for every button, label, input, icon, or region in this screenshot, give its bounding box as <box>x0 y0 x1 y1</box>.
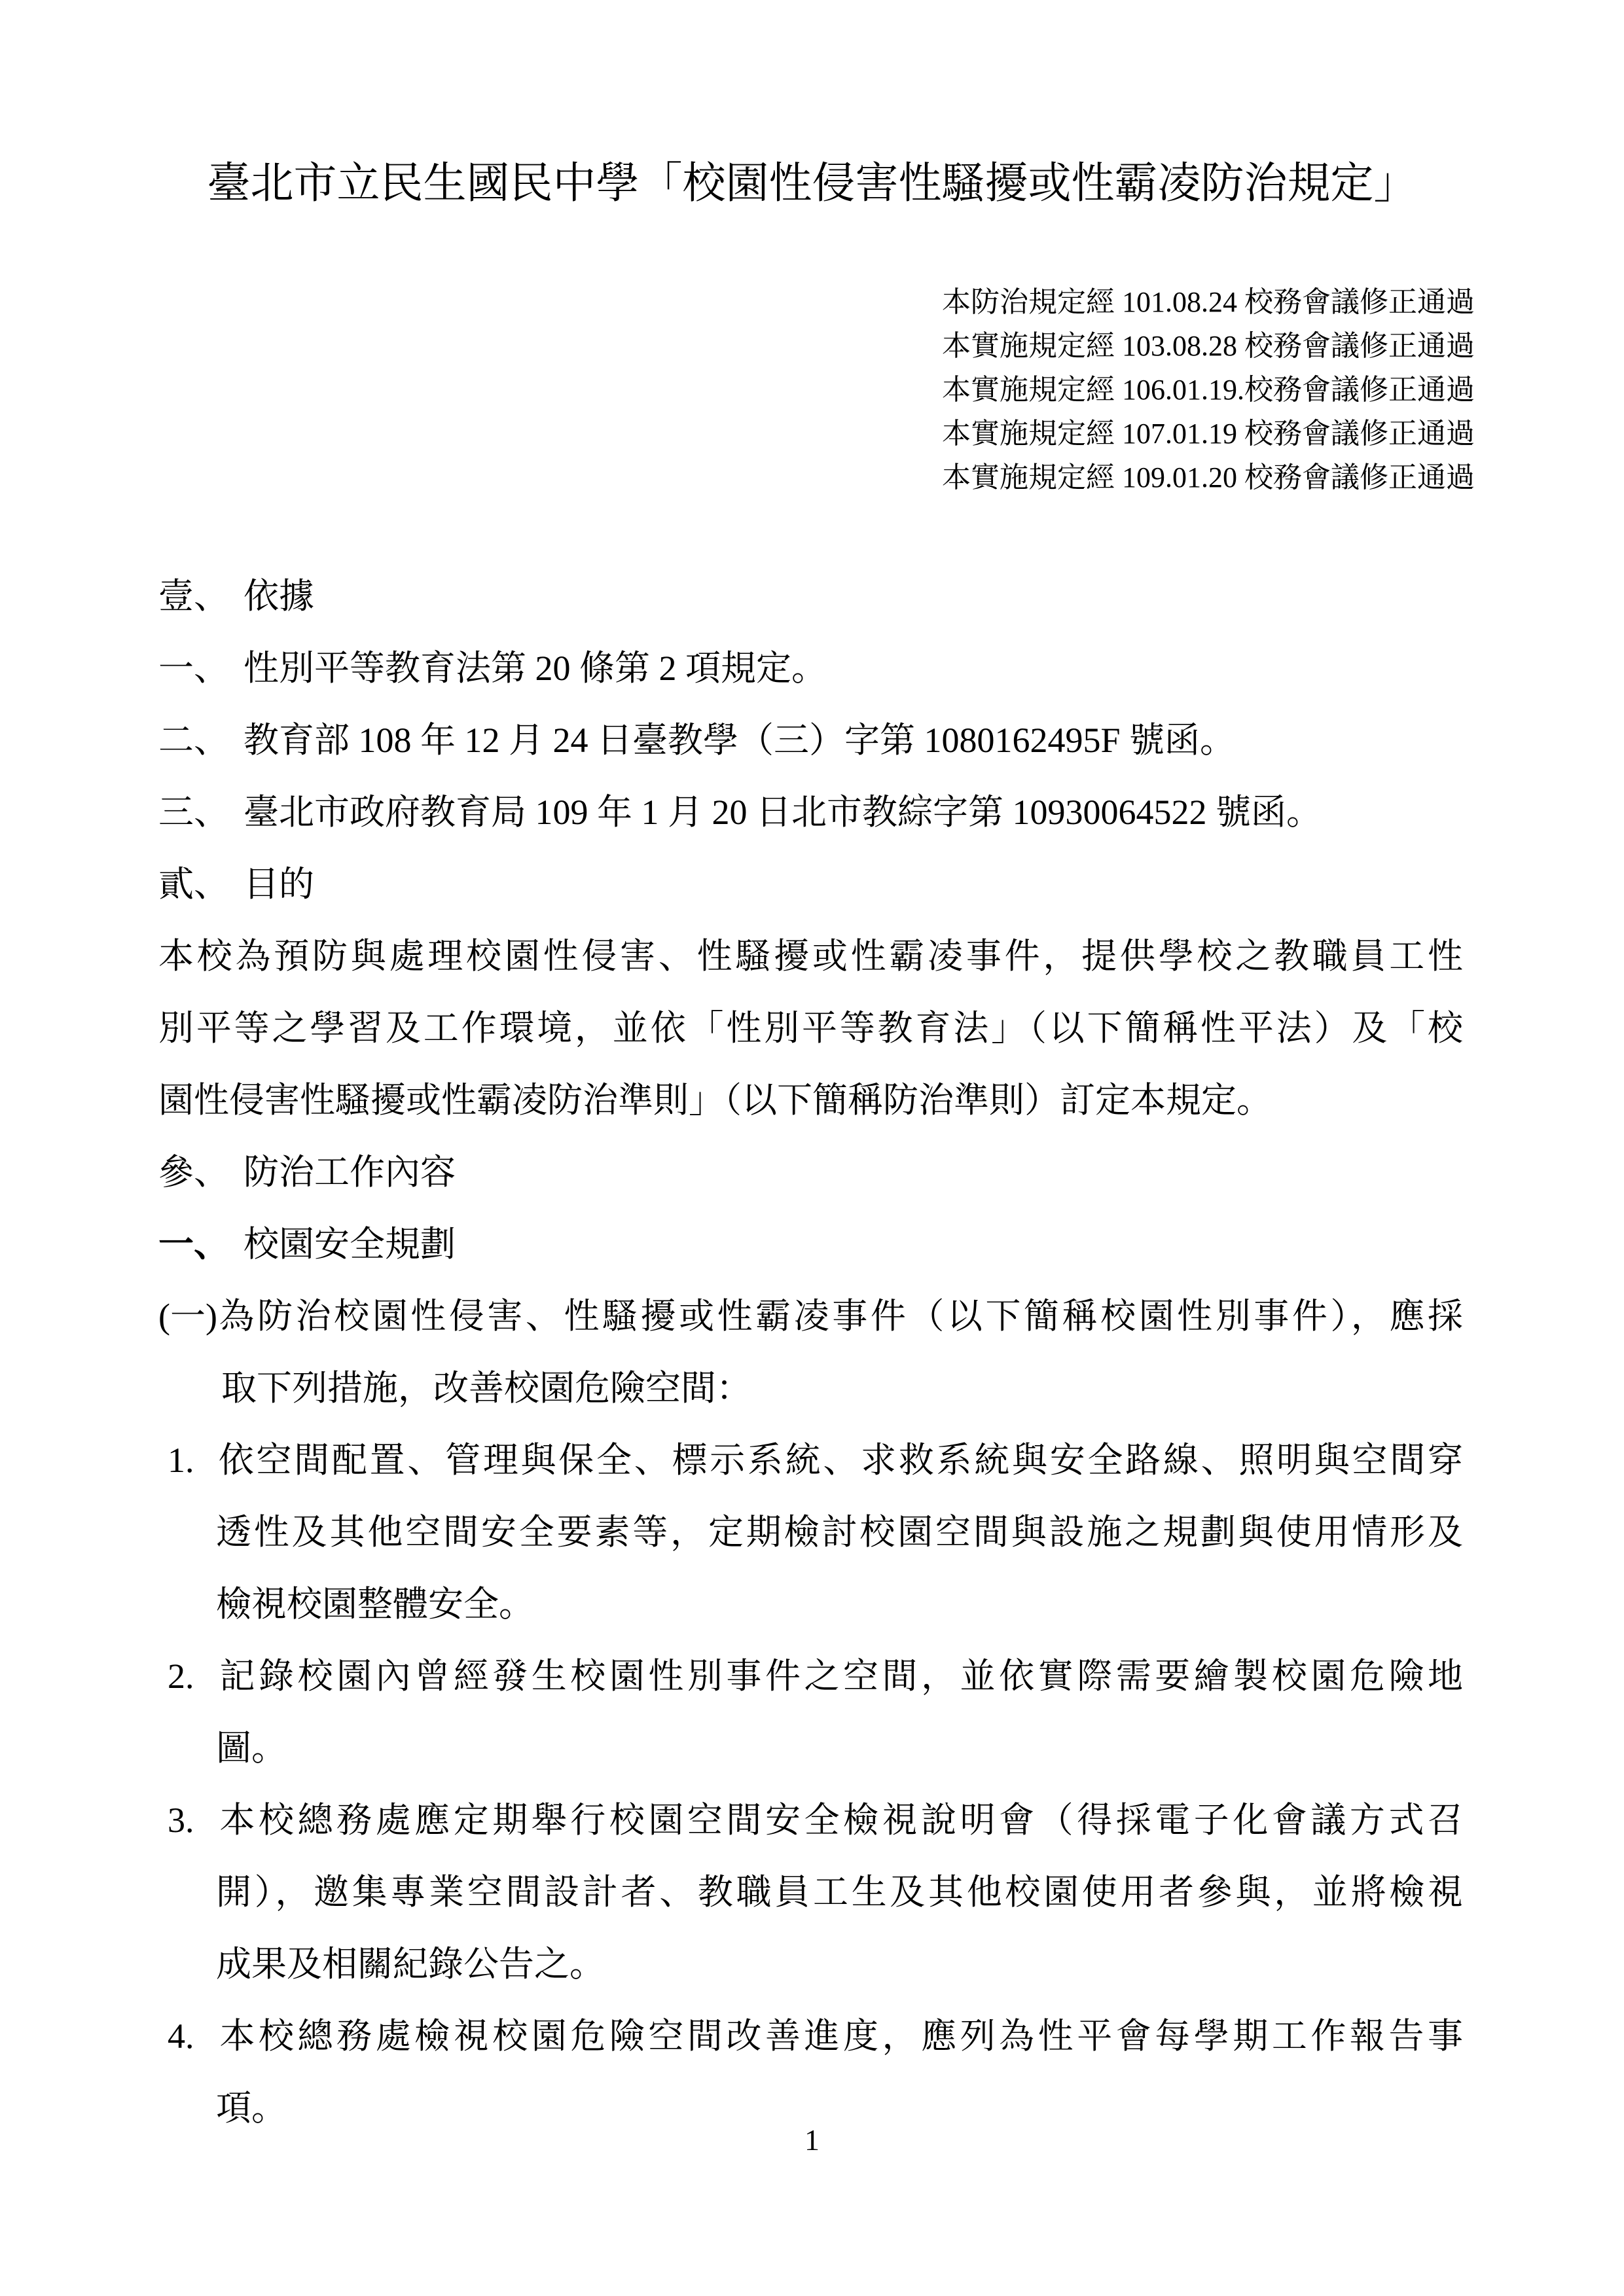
paren-item-label: (一) <box>158 1280 216 1352</box>
numbered-item-line: 4.本校總務處檢視校園危險空間改善進度，應列為性平會每學期工作報告事 <box>158 2000 1463 2072</box>
subsection-label: 一、 <box>158 1225 229 1264</box>
numbered-item-label: 2. <box>168 1640 216 1712</box>
subsection-text: 性別平等教育法第 20 條第 2 項規定。 <box>244 649 827 688</box>
numbered-item-text: 本校總務處應定期舉行校園空間安全檢視說明會（得採電子化會議方式召 <box>216 1801 1463 1840</box>
subsection-label: 二、 <box>158 721 229 760</box>
subsection-label: 三、 <box>158 793 229 832</box>
section-label: 參、 <box>158 1153 229 1192</box>
body-line: 別平等之學習及工作環境，並依「性別平等教育法」（以下簡稱性平法）及「校 <box>158 992 1463 1064</box>
paren-item-line: (一)為防治校園性侵害、性騷擾或性霸凌事件（以下簡稱校園性別事件），應採 <box>158 1280 1463 1352</box>
revision-note: 本實施規定經 103.08.28 校務會議修正通過 <box>942 324 1475 368</box>
revision-note: 本防治規定經 101.08.24 校務會議修正通過 <box>942 280 1475 324</box>
numbered-item-line: 開），邀集專業空間設計者、教職員工生及其他校園使用者參與，並將檢視 <box>158 1856 1463 1928</box>
paren-item-line: 取下列措施，改善校園危險空間： <box>158 1352 1463 1424</box>
revision-notes: 本防治規定經 101.08.24 校務會議修正通過 本實施規定經 103.08.… <box>942 280 1475 499</box>
section-label: 貳、 <box>158 865 229 904</box>
subsection-heading: 一、性別平等教育法第 20 條第 2 項規定。 <box>158 632 1463 704</box>
numbered-item-label: 4. <box>168 2000 216 2072</box>
section-title: 依據 <box>244 577 314 616</box>
subsection-text: 校園安全規劃 <box>244 1225 456 1264</box>
section-label: 壹、 <box>158 577 229 616</box>
numbered-item-line: 檢視校園整體安全。 <box>158 1568 1463 1640</box>
numbered-item-line: 成果及相關紀錄公告之。 <box>158 1928 1463 2000</box>
document-title: 臺北市立民生國民中學「校園性侵害性騷擾或性霸凌防治規定」 <box>0 154 1624 213</box>
numbered-item-label: 1. <box>168 1424 216 1496</box>
numbered-item-line: 1.依空間配置、管理與保全、標示系統、求救系統與安全路線、照明與空間穿 <box>158 1424 1463 1496</box>
body-line: 本校為預防與處理校園性侵害、性騷擾或性霸凌事件，提供學校之教職員工性 <box>158 920 1463 992</box>
subsection-heading: 二、教育部 108 年 12 月 24 日臺教學（三）字第 1080162495… <box>158 704 1463 776</box>
document-page: 臺北市立民生國民中學「校園性侵害性騷擾或性霸凌防治規定」 本防治規定經 101.… <box>0 0 1624 2296</box>
revision-note: 本實施規定經 107.01.19 校務會議修正通過 <box>942 412 1475 456</box>
section-title: 目的 <box>244 865 314 904</box>
subsection-text: 教育部 108 年 12 月 24 日臺教學（三）字第 1080162495F … <box>244 721 1235 760</box>
numbered-item-text: 依空間配置、管理與保全、標示系統、求救系統與安全路線、照明與空間穿 <box>216 1441 1463 1480</box>
subsection-heading: 三、臺北市政府教育局 109 年 1 月 20 日北市教綜字第 10930064… <box>158 776 1463 848</box>
document-body: 壹、依據 一、性別平等教育法第 20 條第 2 項規定。 二、教育部 108 年… <box>158 560 1463 2144</box>
section-heading: 貳、目的 <box>158 848 1463 920</box>
subsection-heading: 一、校園安全規劃 <box>158 1208 1463 1280</box>
numbered-item-line: 2.記錄校園內曾經發生校園性別事件之空間，並依實際需要繪製校園危險地 <box>158 1640 1463 1712</box>
page-number: 1 <box>0 2121 1624 2160</box>
section-title: 防治工作內容 <box>244 1153 456 1192</box>
numbered-item-label: 3. <box>168 1784 216 1856</box>
body-line: 園性侵害性騷擾或性霸凌防治準則」（以下簡稱防治準則）訂定本規定。 <box>158 1064 1463 1136</box>
revision-note: 本實施規定經 109.01.20 校務會議修正通過 <box>942 456 1475 499</box>
numbered-item-line: 透性及其他空間安全要素等，定期檢討校園空間與設施之規劃與使用情形及 <box>158 1496 1463 1568</box>
numbered-item-line: 圖。 <box>158 1712 1463 1784</box>
subsection-text: 臺北市政府教育局 109 年 1 月 20 日北市教綜字第 1093006452… <box>244 793 1322 832</box>
revision-note: 本實施規定經 106.01.19.校務會議修正通過 <box>942 368 1475 412</box>
numbered-item-text: 記錄校園內曾經發生校園性別事件之空間，並依實際需要繪製校園危險地 <box>216 1657 1463 1696</box>
subsection-label: 一、 <box>158 649 229 688</box>
section-heading: 參、防治工作內容 <box>158 1136 1463 1208</box>
numbered-item-text: 本校總務處檢視校園危險空間改善進度，應列為性平會每學期工作報告事 <box>216 2017 1463 2056</box>
section-heading: 壹、依據 <box>158 560 1463 632</box>
numbered-item-line: 3.本校總務處應定期舉行校園空間安全檢視說明會（得採電子化會議方式召 <box>158 1784 1463 1856</box>
paren-item-text: 為防治校園性侵害、性騷擾或性霸凌事件（以下簡稱校園性別事件），應採 <box>216 1297 1463 1336</box>
